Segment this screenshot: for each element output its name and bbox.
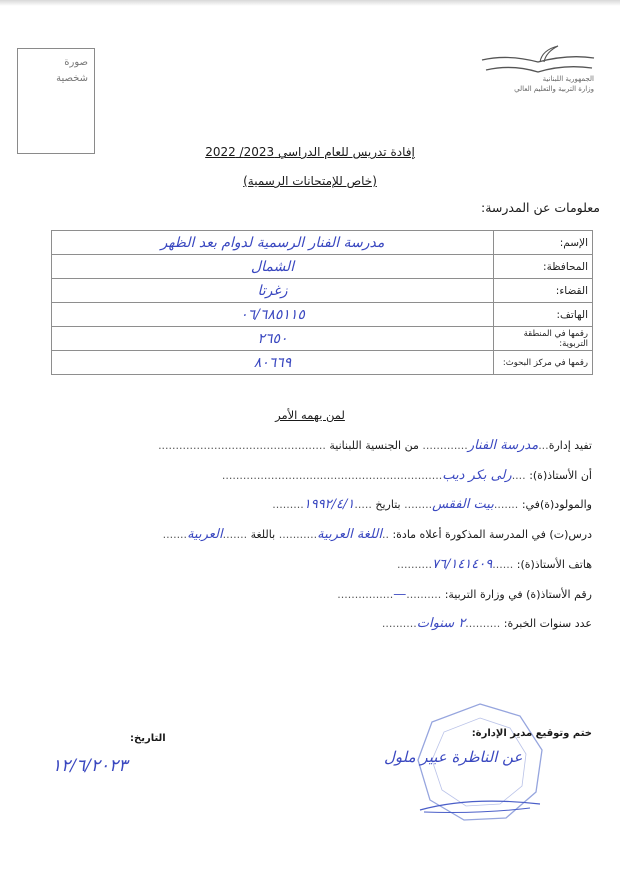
cert-teacher-phone-value: ٧٦/١٤١٤٠٩ xyxy=(432,557,492,572)
row-label-phone: الهاتف: xyxy=(494,303,593,327)
row-value-district: زغرتا xyxy=(52,279,494,303)
cert-label: عدد سنوات الخبرة: xyxy=(504,617,592,630)
open-book-quill-icon xyxy=(478,44,598,76)
photo-label-line1: صورة xyxy=(56,55,88,71)
row-label-governorate: المحافظة: xyxy=(494,255,593,279)
row-value-research-center-number: ٨٠٦٦٩ xyxy=(52,351,494,375)
document-title: إفادة تدريس للعام الدراسي 2023/ 2022 xyxy=(0,145,620,159)
table-row: رقمها في المنطقة التربوية: ٢٦٥٠ xyxy=(52,327,593,351)
photo-label: صورة شخصية xyxy=(56,55,88,87)
cert-line-subject: درس(ت) في المدرسة المذكورة أعلاه مادة: .… xyxy=(163,527,592,542)
table-row: الهاتف: ٠٦/٦٨٥١١٥ xyxy=(52,303,593,327)
cert-label: باللغة xyxy=(251,528,276,541)
cert-ministry-number-value: — xyxy=(393,587,406,602)
cert-school-value: مدرسة الفنار xyxy=(468,438,538,453)
table-row: القضاء: زغرتا xyxy=(52,279,593,303)
logo-line1: الجمهورية اللبنانية xyxy=(514,74,594,84)
row-label-research-center-number: رقمها في مركز البحوث: xyxy=(494,351,593,375)
school-info-heading: معلومات عن المدرسة: xyxy=(481,200,600,215)
cert-experience-value: ٢ سنوات xyxy=(417,616,466,631)
ministry-name: الجمهورية اللبنانية وزارة التربية والتعل… xyxy=(514,74,594,94)
cert-subject-value: اللغة العربية xyxy=(317,527,382,542)
photo-placeholder-box: صورة شخصية xyxy=(17,48,95,154)
cert-line-birth: والمولود(ة)في: .......بيت الفقس........ … xyxy=(272,497,592,512)
table-row: المحافظة: الشمال xyxy=(52,255,593,279)
cert-label: بتاريخ xyxy=(375,498,400,511)
row-label-edu-region-number: رقمها في المنطقة التربوية: xyxy=(494,327,593,351)
cert-label: من الجنسية اللبنانية xyxy=(329,439,418,452)
cert-line-teacher: أن الأستاذ(ة): ....رلى بكر ديب..........… xyxy=(222,468,592,483)
cert-line-teacher-phone: هاتف الأستاذ(ة): ......٧٦/١٤١٤٠٩........… xyxy=(397,557,592,572)
to-whom-heading: لمن يهمه الأمر xyxy=(0,408,620,422)
table-row: الإسم: مدرسة الفنار الرسمية لدوام بعد ال… xyxy=(52,231,593,255)
cert-birthdate-value: ١٩٩٢/٤/١ xyxy=(304,497,355,512)
cert-language-value: العربية xyxy=(187,527,223,542)
cert-line-ministry-number: رقم الأستاذ(ة) في وزارة التربية: .......… xyxy=(337,587,592,602)
date-value: ١٢/٦/٢٠٢٣ xyxy=(52,756,127,776)
row-value-phone: ٠٦/٦٨٥١١٥ xyxy=(52,303,494,327)
cert-teacher-value: رلى بكر ديب xyxy=(442,468,511,483)
row-value-governorate: الشمال xyxy=(52,255,494,279)
row-value-name: مدرسة الفنار الرسمية لدوام بعد الظهر xyxy=(52,231,494,255)
cert-label: درس(ت) في المدرسة المذكورة أعلاه مادة: xyxy=(392,528,592,541)
cert-label: تفيد إدارة xyxy=(549,439,592,452)
cert-label: رقم الأستاذ(ة) في وزارة التربية: xyxy=(445,588,592,601)
photo-label-line2: شخصية xyxy=(56,71,88,87)
logo-line2: وزارة التربية والتعليم العالي xyxy=(514,84,594,94)
table-row: رقمها في مركز البحوث: ٨٠٦٦٩ xyxy=(52,351,593,375)
cert-line-school: تفيد إدارة...مدرسة الفنار............. م… xyxy=(158,438,592,453)
cert-birthplace-value: بيت الفقس xyxy=(432,497,494,512)
row-value-edu-region-number: ٢٦٥٠ xyxy=(52,327,494,351)
date-label: التاريخ: xyxy=(130,733,166,744)
cert-label: والمولود(ة)في: xyxy=(522,498,592,511)
cert-label: أن الأستاذ(ة): xyxy=(529,469,592,482)
scan-edge-shade xyxy=(0,0,620,6)
signature-label: ختم وتوقيع مدير الإدارة: xyxy=(472,728,592,739)
document-subtitle: (خاص للإمتحانات الرسمية) xyxy=(0,174,620,188)
school-info-table: الإسم: مدرسة الفنار الرسمية لدوام بعد ال… xyxy=(51,230,593,375)
cert-line-experience: عدد سنوات الخبرة: ..........٢ سنوات.....… xyxy=(382,616,592,631)
row-label-district: القضاء: xyxy=(494,279,593,303)
ministry-logo: الجمهورية اللبنانية وزارة التربية والتعل… xyxy=(478,44,598,100)
cert-label: هاتف الأستاذ(ة): xyxy=(517,558,592,571)
signature-value: عن الناظرة عبير ملول xyxy=(384,748,523,766)
row-label-name: الإسم: xyxy=(494,231,593,255)
